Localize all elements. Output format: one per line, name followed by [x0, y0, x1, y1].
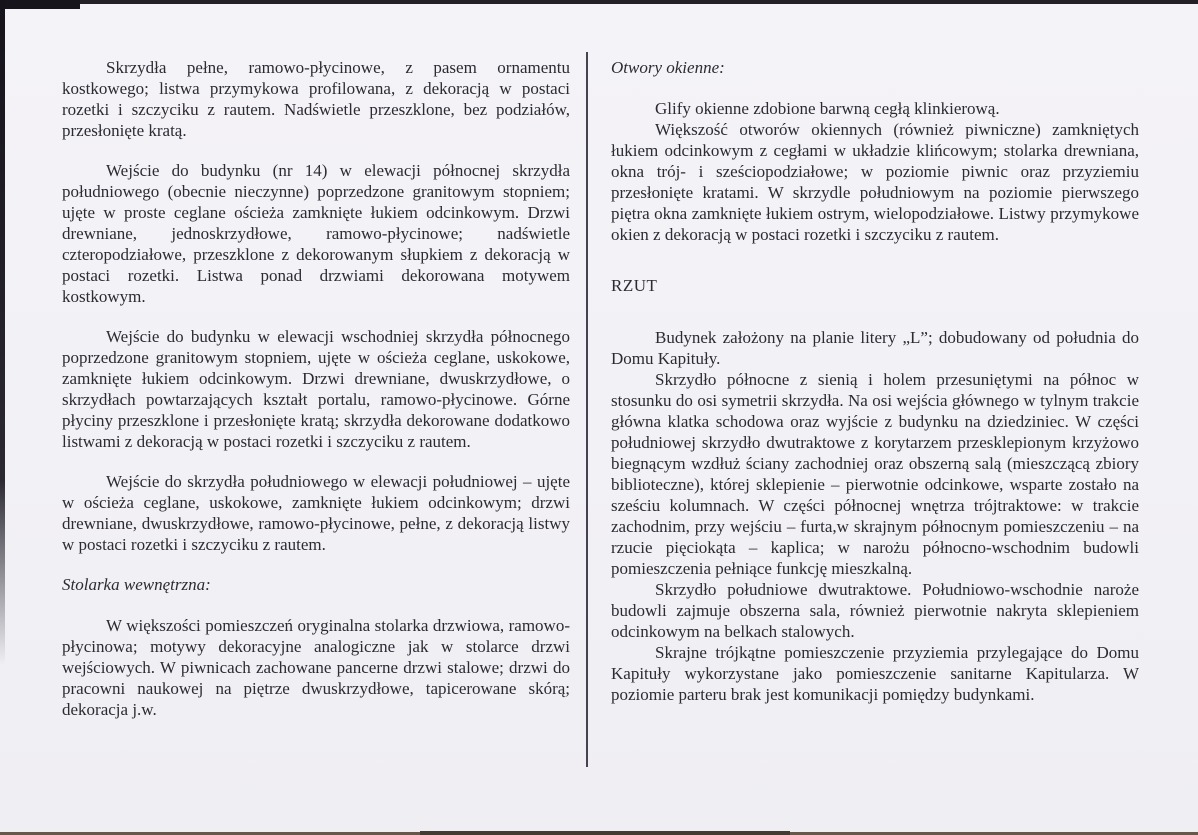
paragraph-entrance-north-elevation: Wejście do budynku (nr 14) w elewacji pó…: [62, 160, 570, 307]
paragraph-interior-joinery: W większości pomieszczeń oryginalna stol…: [62, 615, 570, 720]
paragraph-triangular-room: Skrajne trójkątne pomieszczenie przyziem…: [611, 642, 1139, 705]
column-divider-rule: [586, 52, 588, 767]
right-column: Otwory okienne: Glify okienne zdobione b…: [611, 57, 1139, 705]
paragraph-south-wing: Skrzydło południowe dwutraktowe. Południ…: [611, 579, 1139, 642]
left-column: Skrzydła pełne, ramowo-płycinowe, z pase…: [62, 57, 570, 720]
paragraph-entrance-south-elevation: Wejście do skrzydła południowego w elewa…: [62, 471, 570, 555]
scan-edge-top-left-corner: [0, 0, 80, 9]
paragraph-entrance-east-elevation: Wejście do budynku w elewacji wschodniej…: [62, 326, 570, 452]
section-heading-rzut: RZUT: [611, 275, 1139, 296]
paragraph-window-reveals: Glify okienne zdobione barwną cegłą klin…: [611, 98, 1139, 119]
section-heading-otwory-okienne: Otwory okienne:: [611, 57, 1139, 78]
paragraph-window-openings: Większość otworów okiennych (również piw…: [611, 119, 1139, 245]
paragraph-north-wing: Skrzydło północne z sienią i holem przes…: [611, 369, 1139, 579]
paragraph-doors-leaves: Skrzydła pełne, ramowo-płycinowe, z pase…: [62, 57, 570, 141]
scan-edge-left: [0, 0, 5, 665]
paragraph-building-plan: Budynek założony na planie litery „L”; d…: [611, 327, 1139, 369]
section-heading-stolarka-wewnetrzna: Stolarka wewnętrzna:: [62, 574, 570, 595]
scanned-document-page: Skrzydła pełne, ramowo-płycinowe, z pase…: [0, 0, 1198, 835]
scan-edge-bottom-shadow: [420, 831, 790, 835]
scan-edge-top: [0, 0, 1198, 4]
